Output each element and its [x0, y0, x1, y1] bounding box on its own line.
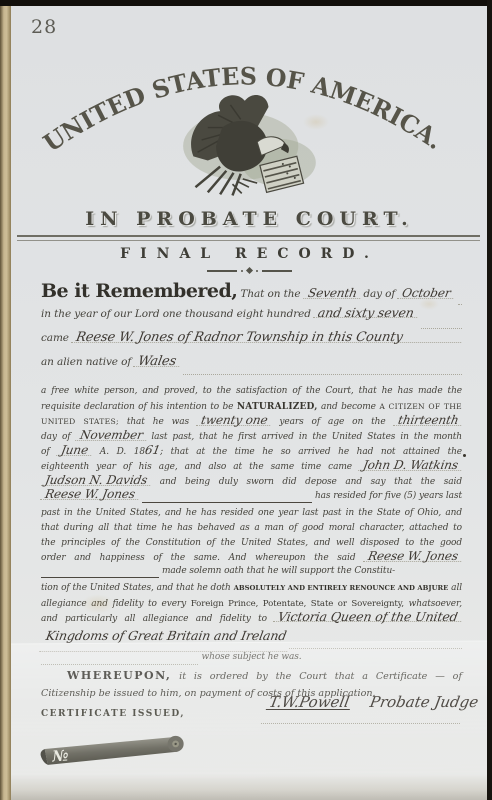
number-ribbon: № [34, 726, 200, 775]
form-line: eighteenth year of his age, and also at … [41, 460, 462, 475]
court-heading: IN PROBATE COURT. [11, 208, 488, 230]
printed-text: day of [41, 432, 71, 442]
handwritten-year: and sixty seven [313, 308, 419, 318]
form-line: Reese W. Jones has resided for five (5) … [41, 490, 462, 505]
handwritten-day: Seventh [303, 289, 362, 299]
printed-text: has resided for five (5) years last [315, 491, 462, 501]
handwritten-signature-name: T.W.Powell [266, 696, 352, 710]
printed-text: in the year of our Lord one thousand eig… [41, 308, 311, 320]
blank-line [41, 663, 198, 665]
double-rule [17, 235, 480, 241]
printed-text: made solemn oath that he will support th… [162, 566, 395, 576]
printed-text: and being duly sworn did depose and say … [160, 477, 462, 487]
blank-line [458, 303, 462, 305]
certificate-issued-label: CERTIFICATE ISSUED, [41, 709, 185, 719]
printed-text: the principles of the Constitution of th… [41, 538, 462, 548]
blank-line [421, 327, 462, 329]
form-line: Kingdoms of Great Britain and Ireland [41, 631, 462, 652]
photographed-record-book-page: 28 UNITED STATES OF AMERICA. IN [0, 0, 492, 800]
handwritten-sovereign-line-1: Victoria Queen of the United [273, 612, 462, 622]
form-line: made solemn oath that he will support th… [41, 566, 462, 581]
printed-renounce-smallcaps: ABSOLUTELY AND ENTIRELY RENOUNCE AND ABJ… [234, 584, 449, 592]
form-line: a free white person, and proved, to the … [41, 384, 462, 399]
handwritten-name: Reese W. Jones [363, 552, 462, 562]
printed-smallcaps: A CITIZEN OF THE [379, 402, 462, 411]
handwritten-age: twenty one [196, 416, 272, 426]
printed-text: all [451, 583, 462, 593]
handwritten-signature-title: Probate Judge [369, 696, 479, 708]
handwritten-arrival-month: June [56, 446, 93, 456]
handwritten-sovereign-line-2: Kingdoms of Great Britain and Ireland [39, 631, 291, 652]
handwritten-native-country: Wales [133, 357, 181, 367]
form-line: tion of the United States, and that he d… [41, 581, 462, 596]
printed-naturalized: NATURALIZED, [237, 402, 318, 412]
printed-text: whatsoever, [409, 599, 462, 609]
printed-text: an alien native of [41, 356, 131, 368]
blank-line [183, 373, 462, 375]
form-line: whose subject he was. [41, 652, 462, 668]
ornament-divider [11, 268, 488, 273]
printed-smallcaps: UNITED STATES; [41, 417, 119, 426]
eagle-engraving-icon [179, 88, 323, 200]
ditto-dash [142, 498, 312, 503]
printed-roman-text: Foreign Prince, Potentate, State or Sove… [191, 599, 404, 609]
printed-text: that he was [127, 417, 189, 427]
book-page-edge [0, 0, 11, 800]
be-it-remembered-heading: Be it Remembered, [41, 280, 237, 302]
signature-line [261, 723, 460, 724]
form-line: order and happiness of the same. And whe… [41, 551, 462, 566]
judge-signature: T.W.Powell Probate Judge [267, 692, 478, 711]
printed-text: eighteenth year of his age, and also at … [41, 462, 352, 472]
form-line: Be it Remembered, That on the Seventh da… [41, 280, 462, 308]
printed-text: years of age on the [279, 417, 385, 427]
printed-text: requisite declaration of his intention t… [41, 402, 233, 412]
number-label: № [51, 746, 70, 765]
form-line: UNITED STATES; that he was twenty one ye… [41, 414, 462, 429]
printed-text: last past, that he first arrived in the … [151, 432, 462, 442]
form-line: day of November last past, that he first… [41, 430, 462, 445]
form-line: requisite declaration of his intention t… [41, 399, 462, 414]
printed-text: that during all that time he has behaved… [41, 523, 462, 533]
page-number: 28 [31, 16, 57, 38]
form-body: Be it Remembered, That on the Seventh da… [41, 280, 462, 668]
final-record-heading: FINAL RECORD. [11, 246, 488, 262]
printed-text: day of [363, 288, 395, 300]
form-line: came Reese W. Jones of Radnor Township i… [41, 332, 462, 356]
form-line: in the year of our Lord one thousand eig… [41, 308, 462, 332]
spacer [305, 664, 462, 665]
photo-border-top [0, 0, 492, 6]
printed-text: came [41, 332, 69, 344]
printed-text: A. D. 18 [100, 447, 145, 457]
printed-text: of [41, 447, 50, 457]
printed-text: and particularly all allegiance and fide… [41, 614, 267, 624]
handwritten-witness-1: John D. Watkins [358, 461, 462, 471]
printed-text: ; that at the time he so arrived he had … [160, 447, 462, 457]
printed-text: a free white person, and proved, to the … [41, 386, 462, 396]
form-line: of June A. D. 1861; that at the time he … [41, 445, 462, 460]
form-line: an alien native of Wales [41, 356, 462, 378]
ditto-dash [41, 573, 159, 578]
handwritten-birthday: thirteenth [393, 416, 462, 426]
handwritten-birth-month: November [75, 431, 147, 441]
photo-border-right [487, 0, 492, 800]
printed-text: That on the [240, 288, 300, 300]
form-line: past in the United States, and he has re… [41, 506, 462, 521]
printed-text: and become [321, 402, 376, 412]
handwritten-arrival-year: 61 [144, 446, 161, 455]
printed-text: allegiance and fidelity to every [41, 599, 186, 609]
printed-whose-subject: whose subject he was. [202, 652, 302, 668]
ink-speck [463, 454, 466, 457]
printed-text: past in the United States, and he has re… [41, 508, 462, 518]
handwritten-month: October [397, 289, 455, 299]
handwritten-name-and-residence: Reese W. Jones of Radnor Township in thi… [71, 333, 463, 343]
handwritten-name: Reese W. Jones [40, 490, 140, 500]
blank-line [289, 647, 462, 649]
handwritten-witness-2: Judson N. Davids [41, 476, 152, 486]
form-line: that during all that time he has behaved… [41, 521, 462, 536]
whereupon-lead: WHEREUPON, [67, 669, 171, 682]
printed-text: tion of the United States, and that he d… [41, 583, 231, 593]
printed-text: order and happiness of the same. And whe… [41, 553, 355, 563]
bottom-shadow [11, 774, 488, 800]
form-line: allegiance and fidelity to every Foreign… [41, 597, 462, 612]
document-page: 28 UNITED STATES OF AMERICA. IN [11, 6, 488, 800]
form-line: the principles of the Constitution of th… [41, 536, 462, 551]
